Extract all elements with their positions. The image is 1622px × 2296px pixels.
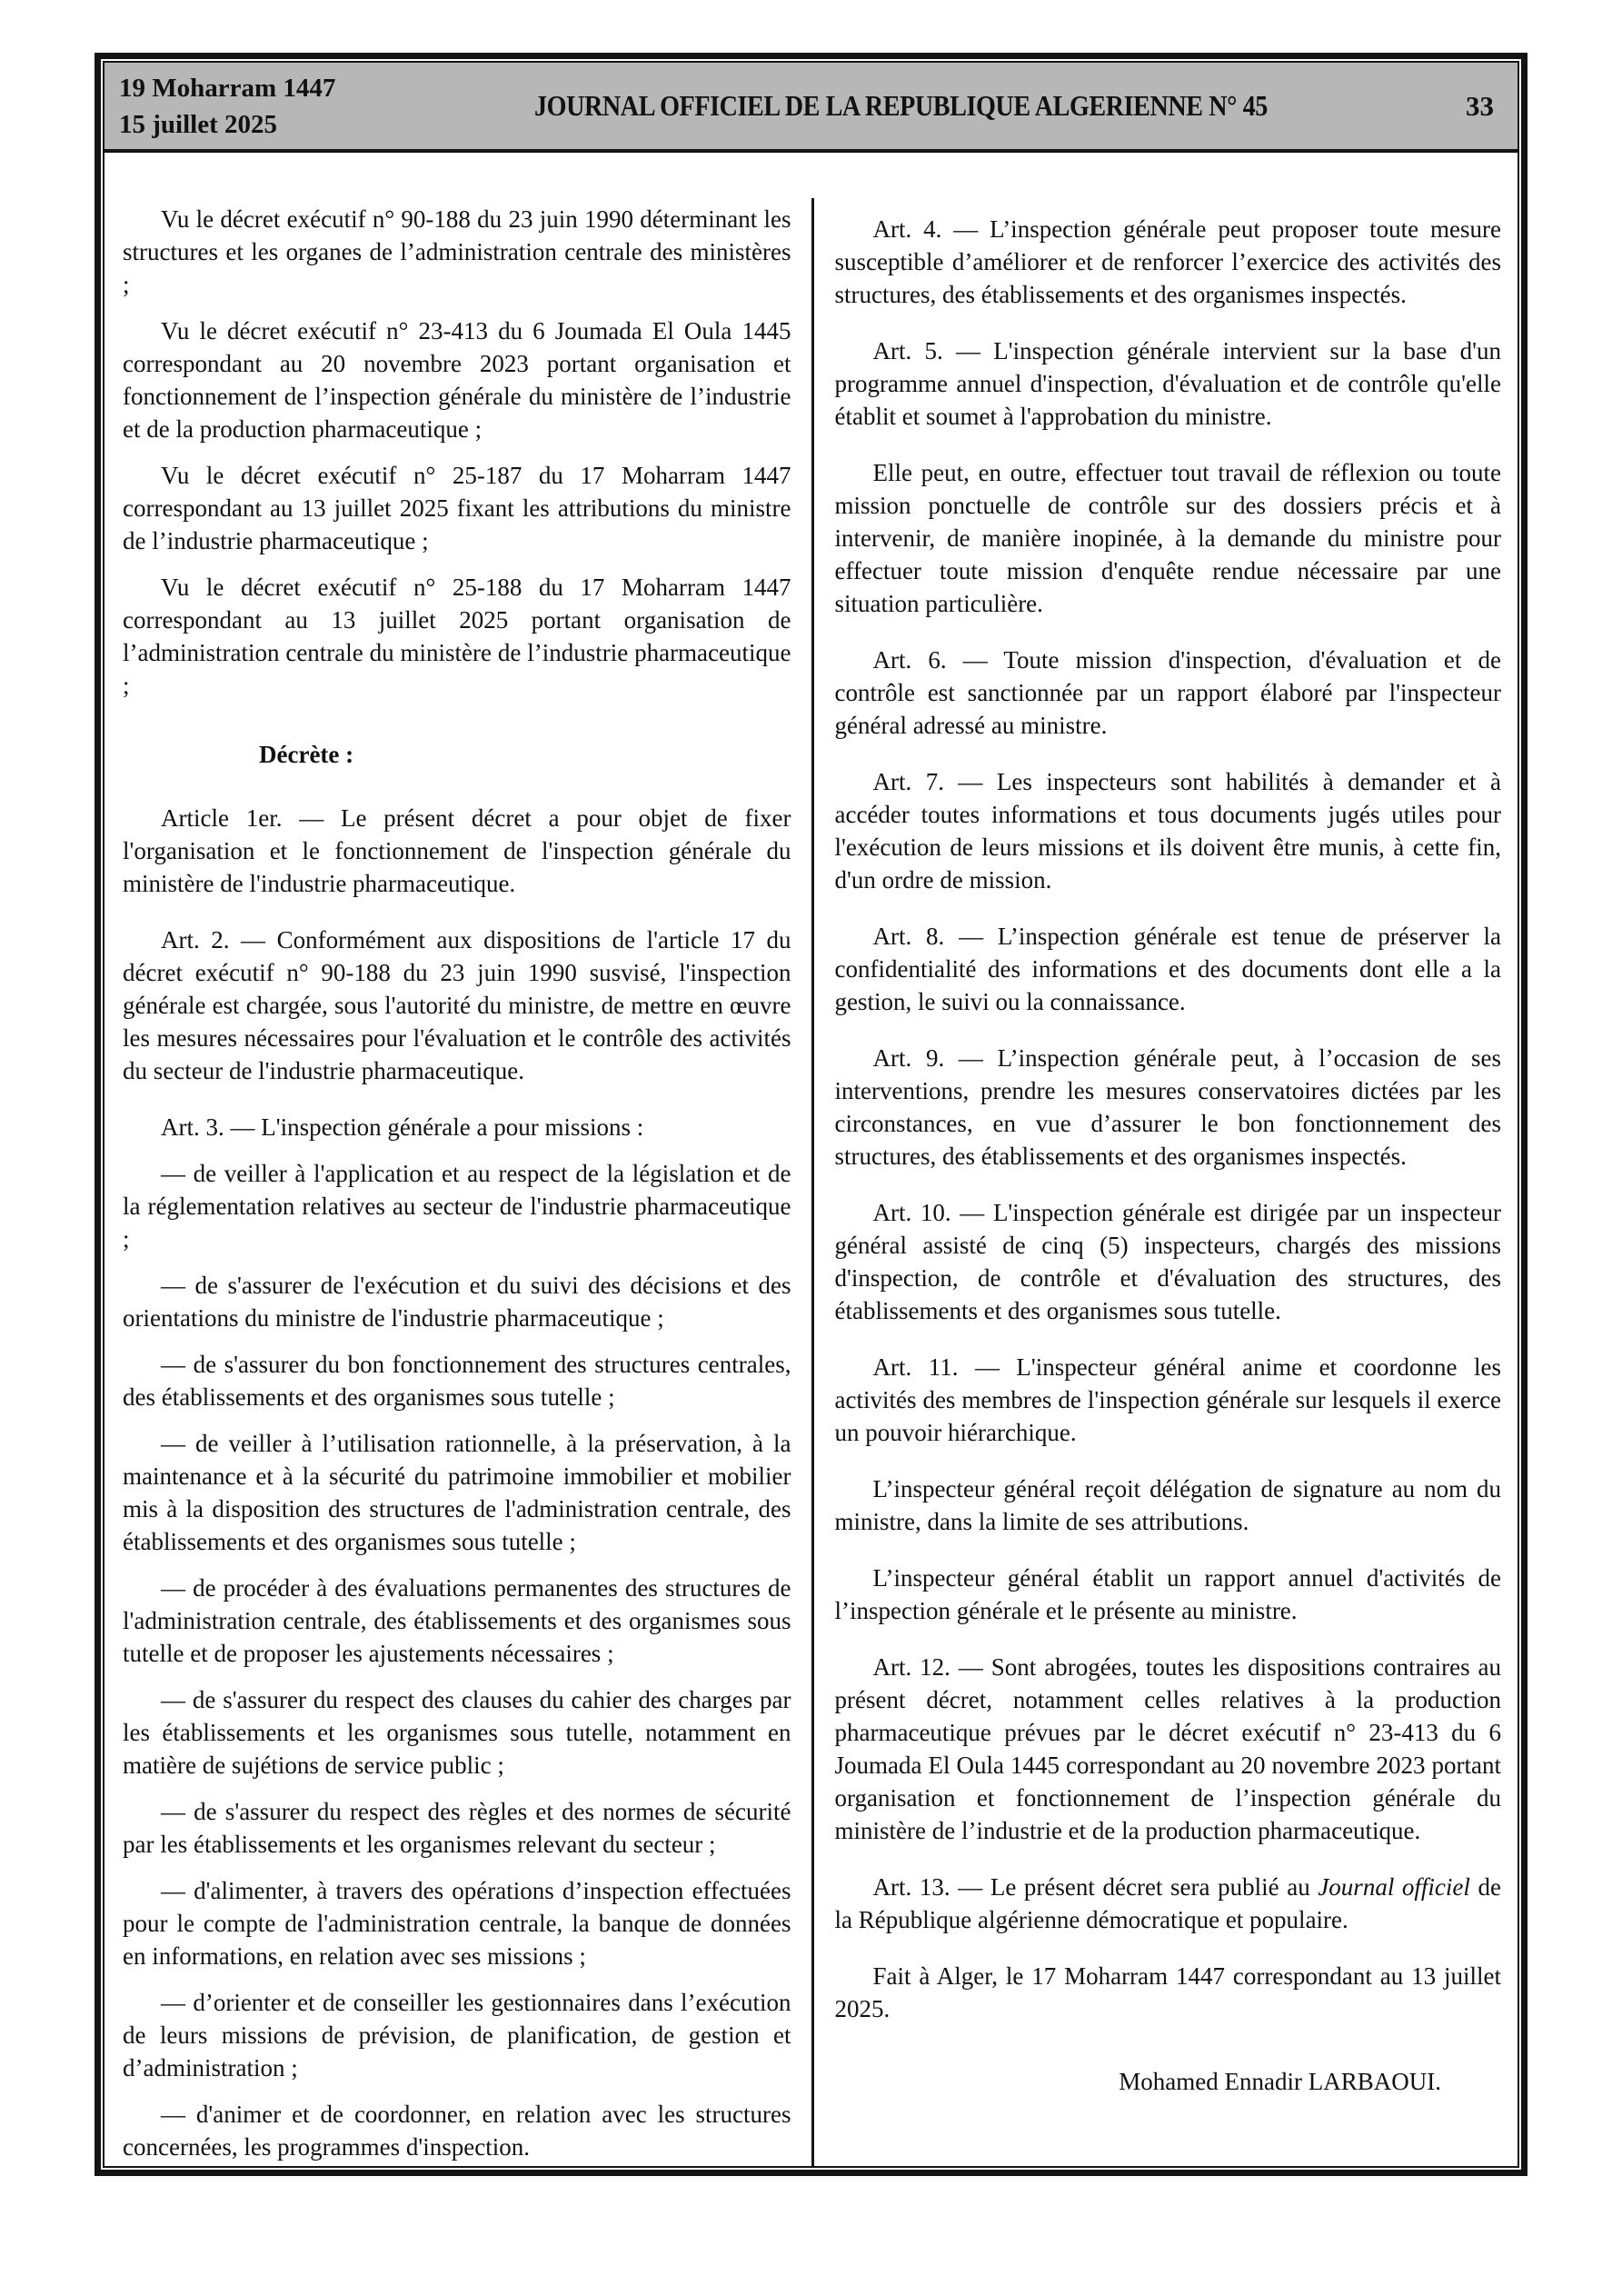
paragraph-mission: — de s'assurer du respect des règles et … (123, 1795, 791, 1861)
header-dates: 19 Moharram 1447 15 juillet 2025 (104, 70, 335, 143)
header-date-hijri: 19 Moharram 1447 (119, 70, 335, 106)
paragraph-article-4: Art. 4. — L’inspection générale peut pro… (835, 213, 1502, 311)
paragraph-visa: Vu le décret exécutif n° 25-188 du 17 Mo… (123, 571, 791, 702)
paragraph-article-3: Art. 3. — L'inspection générale a pour m… (123, 1111, 791, 1143)
page-frame-inner: 19 Moharram 1447 15 juillet 2025 JOURNAL… (103, 61, 1519, 2168)
paragraph-mission: — de s'assurer du respect des clauses du… (123, 1683, 791, 1782)
page-number: 33 (1466, 90, 1518, 123)
paragraph-article-5: Art. 5. — L'inspection générale intervie… (835, 334, 1502, 433)
paragraph-article-6: Art. 6. — Toute mission d'inspection, d'… (835, 644, 1502, 742)
header-date-gregorian: 15 juillet 2025 (119, 106, 335, 143)
paragraph-body: Elle peut, en outre, effectuer tout trav… (835, 456, 1502, 620)
paragraph-visa: Vu le décret exécutif n° 23-413 du 6 Jou… (123, 314, 791, 445)
columns-area: Vu le décret exécutif n° 90-188 du 23 ju… (104, 153, 1518, 2166)
paragraph-article-10: Art. 10. — L'inspection générale est dir… (835, 1196, 1502, 1327)
paragraph-mission: — d'alimenter, à travers des opérations … (123, 1874, 791, 1972)
paragraph-body: L’inspecteur général établit un rapport … (835, 1562, 1502, 1627)
signature-name: Mohamed Ennadir LARBAOUI. (835, 2065, 1502, 2098)
page-frame: 19 Moharram 1447 15 juillet 2025 JOURNAL… (95, 53, 1527, 2176)
journal-title: JOURNAL OFFICIEL DE LA REPUBLIQUE ALGERI… (335, 89, 1466, 123)
paragraph-visa: Vu le décret exécutif n° 90-188 du 23 ju… (123, 203, 791, 301)
paragraph-mission: — de procéder à des évaluations permanen… (123, 1572, 791, 1670)
paragraph-mission: — de veiller à l'application et au respe… (123, 1157, 791, 1255)
paragraph-body: L’inspecteur général reçoit délégation d… (835, 1472, 1502, 1538)
decrete-heading: Décrète : (259, 738, 791, 771)
paragraph-article-13: Art. 13. — Le présent décret sera publié… (835, 1871, 1502, 1936)
paragraph-mission: — de s'assurer de l'exécution et du suiv… (123, 1269, 791, 1334)
left-column: Vu le décret exécutif n° 90-188 du 23 ju… (104, 153, 811, 2166)
column-divider (811, 198, 814, 2166)
paragraph-article-7: Art. 7. — Les inspecteurs sont habilités… (835, 765, 1502, 896)
paragraph-fait-a-alger: Fait à Alger, le 17 Moharram 1447 corres… (835, 1960, 1502, 2025)
paragraph-article-9: Art. 9. — L’inspection générale peut, à … (835, 1042, 1502, 1173)
paragraph-visa: Vu le décret exécutif n° 25-187 du 17 Mo… (123, 459, 791, 557)
paragraph-article-2: Art. 2. — Conformément aux dispositions … (123, 923, 791, 1087)
paragraph-mission: — de veiller à l’utilisation rationnelle… (123, 1427, 791, 1558)
header-band: 19 Moharram 1447 15 juillet 2025 JOURNAL… (104, 63, 1518, 153)
right-column: Art. 4. — L’inspection générale peut pro… (811, 153, 1518, 2166)
paragraph-article-8: Art. 8. — L’inspection générale est tenu… (835, 920, 1502, 1018)
paragraph-mission: — d'animer et de coordonner, en relation… (123, 2098, 791, 2163)
paragraph-article-11: Art. 11. — L'inspecteur général anime et… (835, 1351, 1502, 1449)
paragraph-mission: — d’orienter et de conseiller les gestio… (123, 1986, 791, 2084)
journal-officiel-italic: Journal officiel (1318, 1873, 1470, 1901)
article-13-pre: Art. 13. — Le présent décret sera publié… (873, 1873, 1318, 1901)
paragraph-article-1: Article 1er. — Le présent décret a pour … (123, 802, 791, 900)
journal-page: 19 Moharram 1447 15 juillet 2025 JOURNAL… (0, 0, 1622, 2296)
paragraph-mission: — de s'assurer du bon fonctionnement des… (123, 1348, 791, 1413)
paragraph-article-12: Art. 12. — Sont abrogées, toutes les dis… (835, 1651, 1502, 1847)
